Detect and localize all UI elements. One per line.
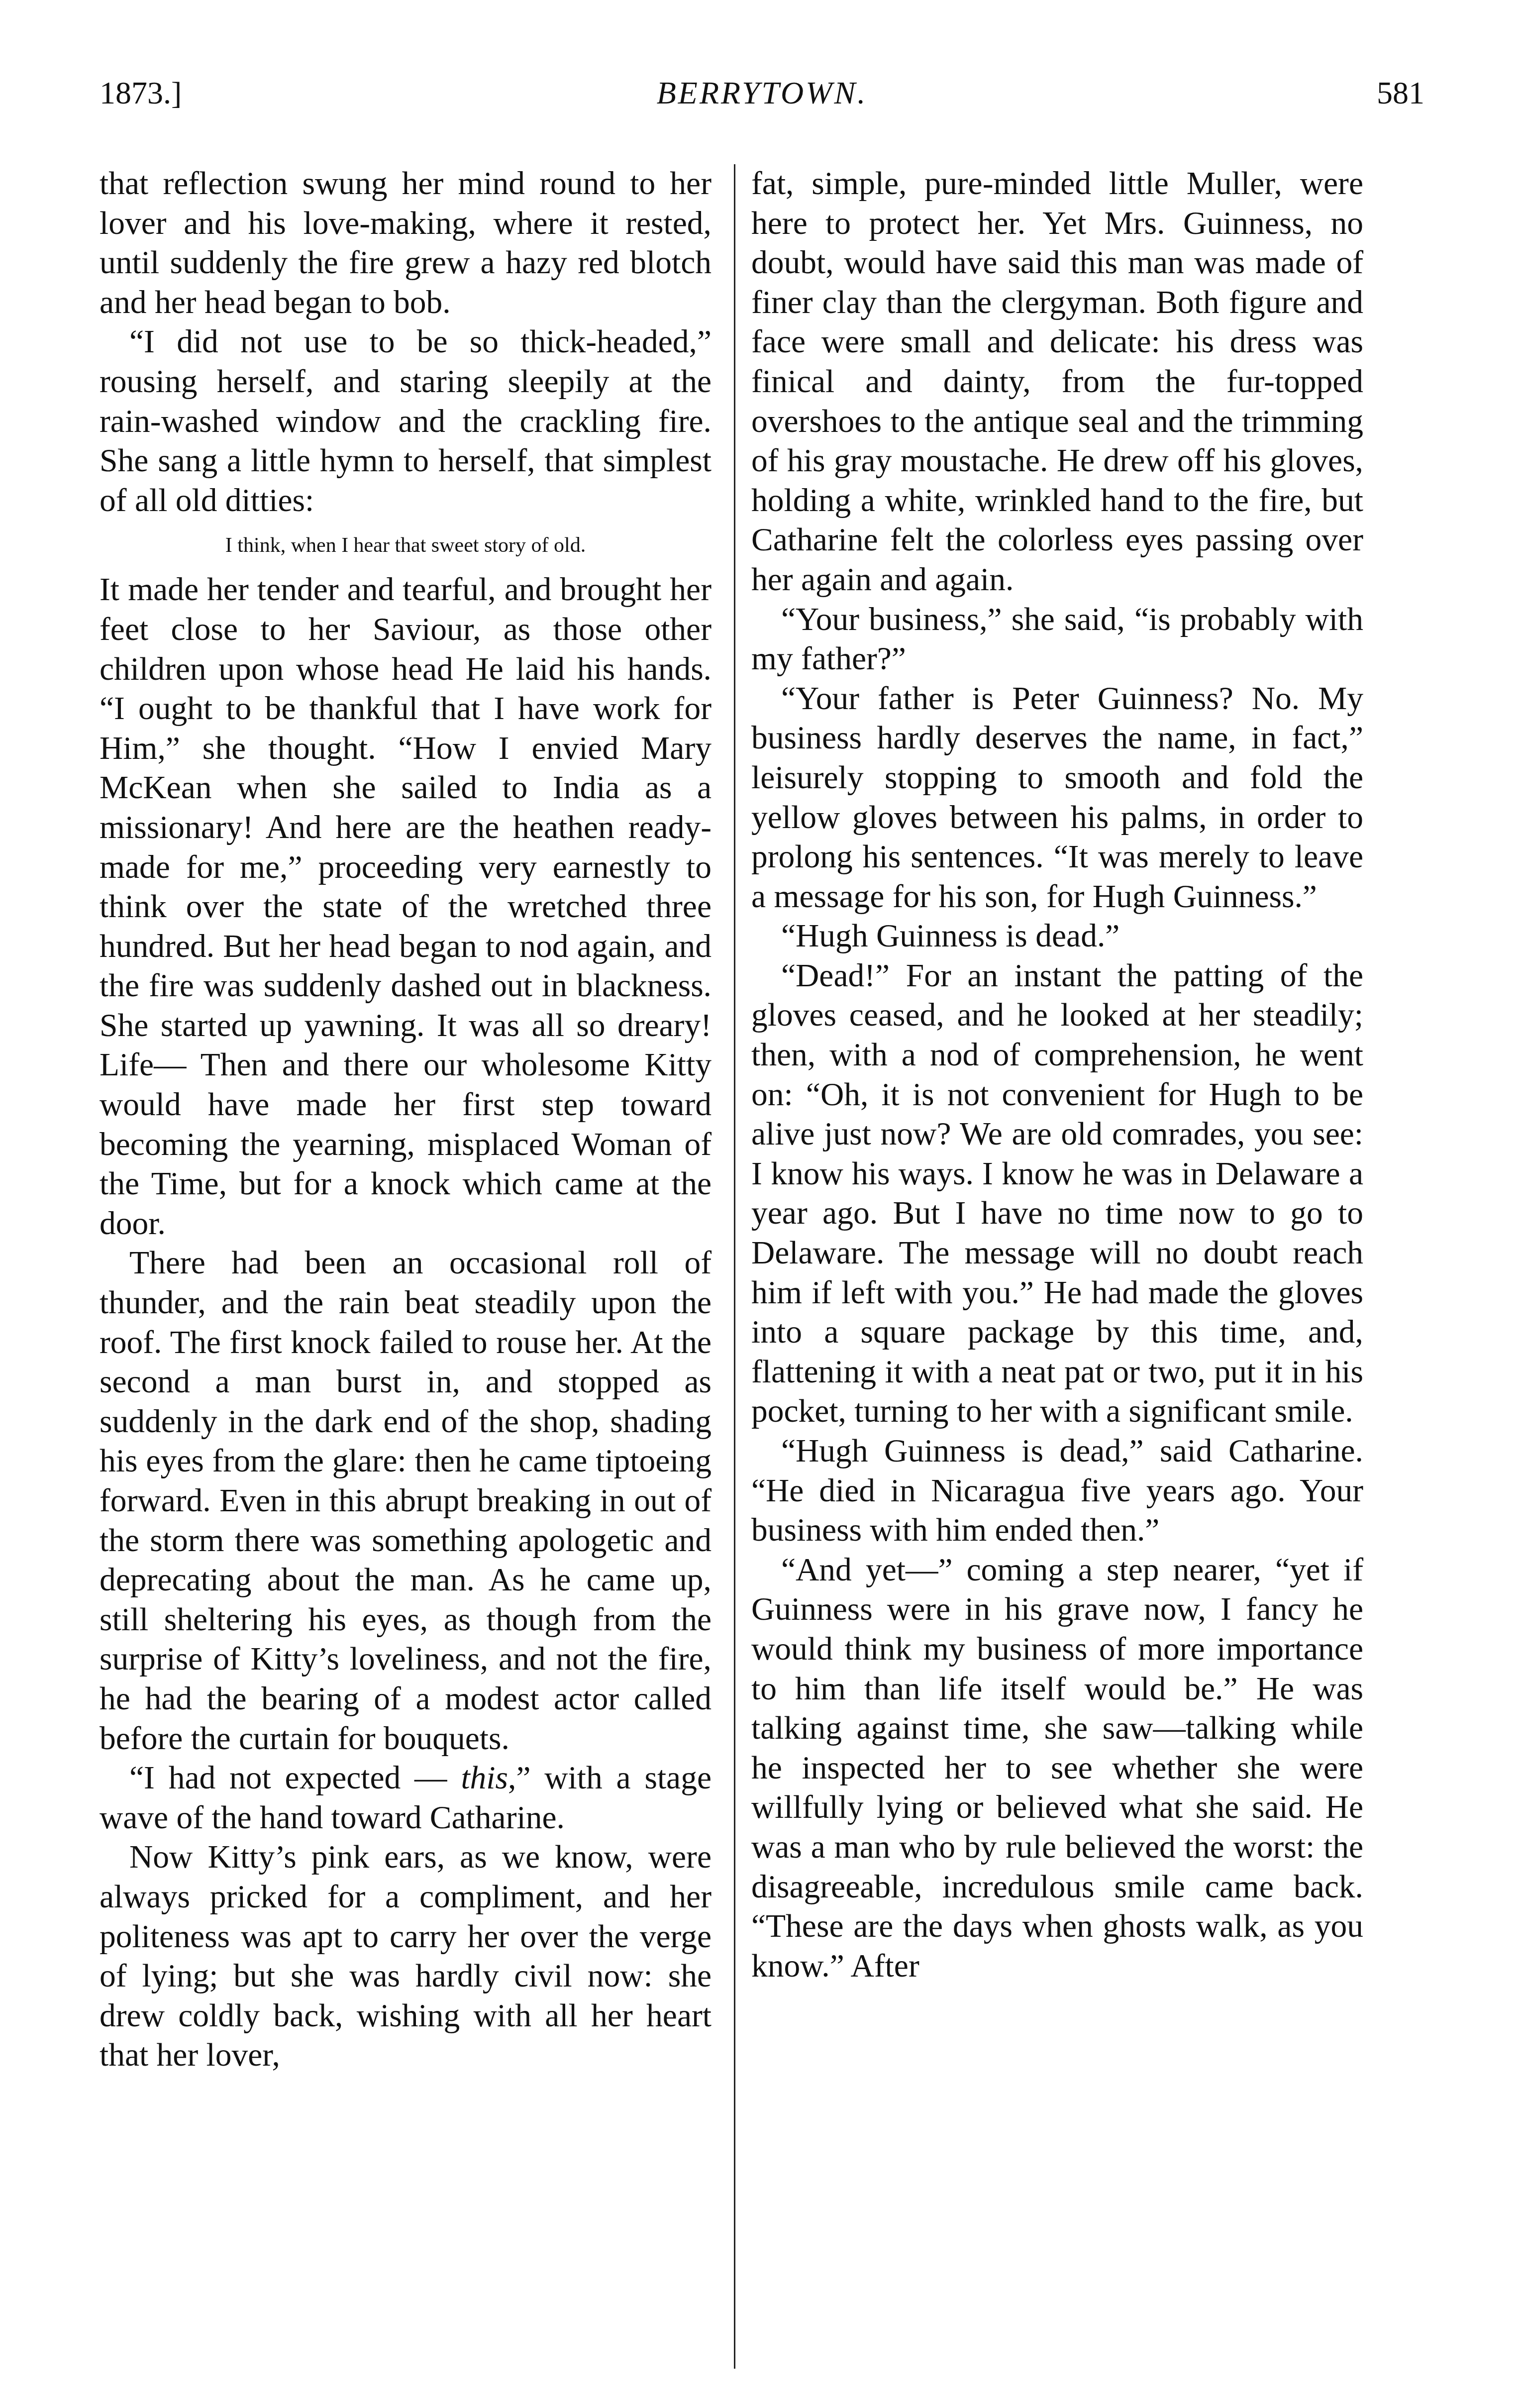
column-divider xyxy=(734,164,735,2369)
verse-quote: I think, when I hear that sweet story of… xyxy=(100,521,711,570)
paragraph: There had been an occasional roll of thu… xyxy=(100,1244,711,1759)
paragraph: Now Kitty’s pink ears, as we know, were … xyxy=(100,1838,711,2076)
paragraph: fat, simple, pure-minded little Muller, … xyxy=(751,164,1363,600)
emphasis: this xyxy=(461,1760,508,1796)
page-number: 581 xyxy=(1377,75,1424,111)
paragraph: that reflection swung her mind round to … xyxy=(100,164,711,322)
running-header: 1873.] BERRYTOWN. 581 xyxy=(100,75,1424,124)
paragraph: “Your father is Peter Guinness? No. My b… xyxy=(751,679,1363,917)
left-column: that reflection swung her mind round to … xyxy=(100,164,711,2076)
paragraph: “And yet—” coming a step nearer, “yet if… xyxy=(751,1551,1363,1987)
paragraph: “I did not use to be so thick-headed,” r… xyxy=(100,322,711,521)
header-title: BERRYTOWN. xyxy=(100,75,1424,111)
paragraph: “Hugh Guinness is dead,” said Catharine.… xyxy=(751,1432,1363,1551)
paragraph: “Hugh Guinness is dead.” xyxy=(751,917,1363,956)
paragraph: It made her tender and tearful, and brou… xyxy=(100,570,711,1244)
paragraph: “I had not expected — this,” with a stag… xyxy=(100,1759,711,1838)
paragraph: “Dead!” For an instant the patting of th… xyxy=(751,956,1363,1432)
right-column: fat, simple, pure-minded little Muller, … xyxy=(751,164,1363,1986)
text-run: “I had not expected — xyxy=(129,1760,461,1796)
paragraph: “Your business,” she said, “is probably … xyxy=(751,600,1363,679)
